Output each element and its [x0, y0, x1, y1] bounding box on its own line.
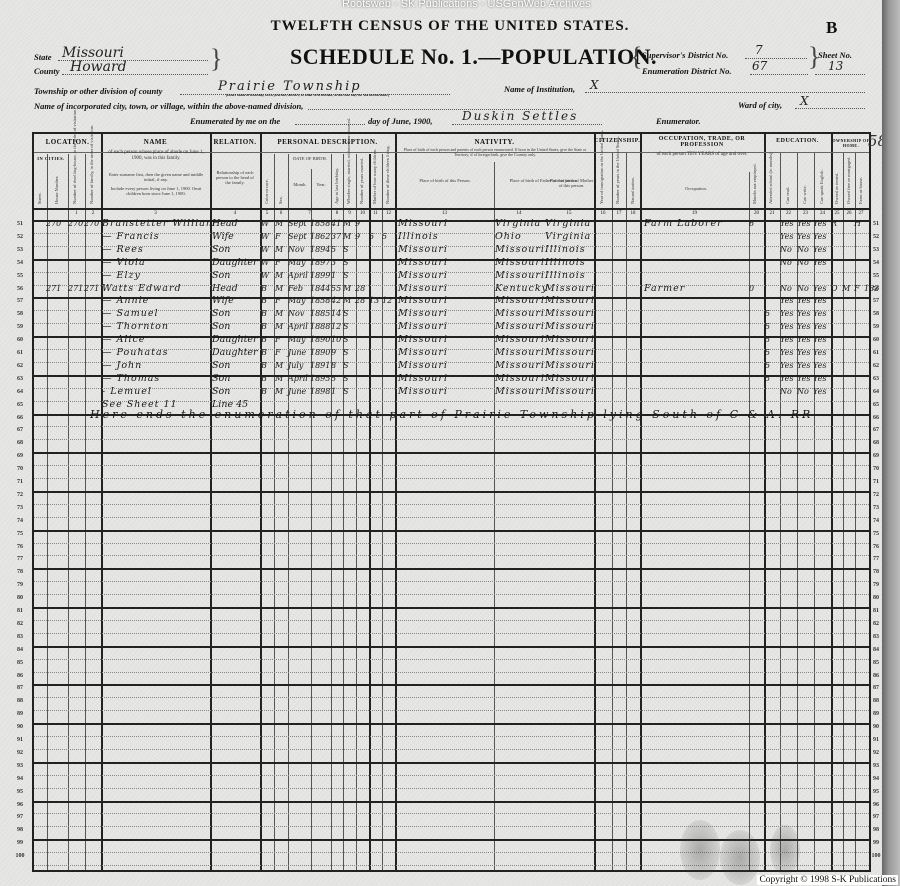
cell-birth-year: 1891: [310, 360, 330, 372]
cell-sex: M: [275, 321, 283, 333]
cell-age: 8: [331, 360, 336, 372]
cell-color: B: [261, 321, 267, 333]
english-label: Can speak English.: [819, 160, 824, 204]
line-number: 53: [12, 247, 28, 253]
cell-father-birthplace: Missouri: [495, 321, 545, 333]
cell-marital-status: S: [343, 321, 348, 333]
group-nativity: NATIVITY.: [395, 138, 594, 146]
line-number: 90: [12, 724, 28, 730]
cell-birth-year: 1885: [310, 308, 330, 320]
cell-birthplace: Missouri: [398, 218, 448, 230]
col-divider: [594, 134, 596, 870]
cell-can-read: Yes: [780, 347, 793, 359]
cell-mother-birthplace: Missouri: [545, 295, 595, 307]
line-number: 78: [12, 569, 28, 575]
cell-can-speak-english: Yes: [813, 257, 826, 269]
cell-marital-status: S: [343, 386, 348, 398]
cell-color: B: [261, 373, 267, 385]
column-number: 20: [749, 211, 764, 216]
cell-age: 14: [331, 308, 341, 320]
row-rule: [34, 646, 869, 648]
cell-sex: M: [275, 270, 283, 282]
cell-father-birthplace: Missouri: [495, 360, 545, 372]
line-number: 52: [12, 234, 28, 240]
cell-birth-year: 1858: [310, 295, 330, 307]
cell-can-write: Yes: [797, 334, 810, 346]
month-label: Month.: [290, 182, 310, 187]
row-rule: [34, 388, 869, 389]
enumeration-label: Enumeration District No.: [642, 66, 732, 76]
institution-line: [585, 92, 865, 93]
cell-birth-year: 1844: [310, 283, 330, 295]
col-divider: [764, 134, 766, 870]
cell-mother-birthplace: Missouri: [545, 283, 595, 295]
line-number: 82: [12, 621, 28, 627]
census-sheet: Rootsweb - SK Publications - USGenWeb Ar…: [0, 0, 882, 886]
line-number: 62: [12, 363, 28, 369]
township-label: Township or other division of county: [34, 86, 162, 96]
cell-father-birthplace: Missouri: [495, 295, 545, 307]
sheet-line: [815, 74, 865, 75]
owned-label: Owned or rented.: [834, 156, 839, 204]
cell-children-living: 5: [382, 231, 387, 243]
cell-father-birthplace: Missouri: [495, 270, 545, 282]
line-number: 93: [12, 763, 28, 769]
row-rule: [34, 813, 869, 814]
column-number: 14: [494, 211, 544, 216]
cell-age: 5: [331, 373, 336, 385]
cell-person-name: — Alice: [102, 334, 145, 346]
ward-label: Ward of city,: [738, 100, 782, 110]
cell-years-married: 9: [355, 218, 360, 230]
cell-mother-of: 5: [369, 231, 374, 243]
row-rule: [34, 762, 869, 764]
age-label: Age at last birthday.: [334, 156, 339, 204]
cell-birth-month: Sept: [288, 231, 307, 243]
column-number: 25: [831, 211, 843, 216]
column-number: 22: [780, 211, 797, 216]
column-number: 17: [612, 211, 626, 216]
cell-can-write: No: [797, 244, 809, 256]
cell-person-name: — Thornton: [102, 321, 169, 333]
cell-sex: F: [275, 295, 281, 307]
cell-birth-month: July: [288, 360, 303, 372]
cell-can-write: Yes: [797, 218, 810, 230]
cell-age: 42: [331, 295, 341, 307]
cell-can-speak-english: Yes: [813, 295, 826, 307]
cell-can-speak-english: Yes: [813, 373, 826, 385]
cell-years-married: 9: [355, 231, 360, 243]
row-rule: [34, 710, 869, 711]
line-number: 91: [12, 737, 28, 743]
cell-father-birthplace: Ohio: [495, 231, 522, 243]
column-number: 11: [369, 211, 382, 216]
dwelling-label: Number of dwelling-house, in the order o…: [72, 156, 77, 204]
cell-can-read: Yes: [780, 321, 793, 333]
cell-color: W: [261, 257, 269, 269]
line-number: 73: [12, 505, 28, 511]
column-number: 18: [626, 211, 640, 216]
cell-birth-year: 1890: [310, 347, 330, 359]
cell-sex: F: [275, 334, 281, 346]
row-rule: [34, 259, 869, 261]
line-number: 69: [12, 453, 28, 459]
cell-birth-year: 1897: [310, 257, 330, 269]
cell-birthplace: Missouri: [398, 321, 448, 333]
cell-mother-birthplace: Missouri: [545, 334, 595, 346]
row-rule: [34, 697, 869, 698]
column-number: 21: [764, 211, 780, 216]
cell-relation: Head: [212, 218, 238, 230]
occupation-col-label: Occupation.: [644, 186, 748, 191]
cell-sex: M: [275, 244, 283, 256]
column-number: 12: [382, 211, 395, 216]
cell-color: W: [261, 231, 269, 243]
enumeration-value: 67: [752, 59, 767, 73]
schedule-title: SCHEDULE No. 1.—POPULATION.: [290, 44, 657, 70]
name-sub2: Enter surname first, then the given name…: [106, 172, 206, 182]
line-number: 55: [12, 273, 28, 279]
cell-color: B: [261, 386, 267, 398]
column-number: 4: [210, 211, 260, 216]
cell-birth-year: 1890: [310, 334, 330, 346]
cell-relation: Son: [212, 360, 230, 372]
cell-relation: Son: [212, 244, 230, 256]
cell-family-number: 271: [84, 283, 99, 295]
cell-father-birthplace: Missouri: [495, 373, 545, 385]
year-label: Year.: [312, 182, 330, 187]
cell-mother-birthplace: Illinois: [545, 244, 586, 256]
line-number: 59: [12, 324, 28, 330]
row-rule: [34, 439, 869, 440]
watermark: Rootsweb - SK Publications - USGenWeb Ar…: [342, 0, 591, 10]
stain: [680, 820, 720, 880]
farm-label: Farm or house.: [858, 156, 863, 204]
cell-birthplace: Missouri: [398, 386, 448, 398]
county-value: Howard: [70, 59, 127, 75]
cell-can-write: No: [797, 283, 809, 295]
institution-value: X: [590, 78, 599, 92]
relation-sub: Relationship of each person to the head …: [214, 170, 256, 185]
line-number: 66: [12, 415, 28, 421]
row-rule: [34, 555, 869, 556]
line-number: 84: [12, 647, 28, 653]
cell-person-name: — Viola: [102, 257, 146, 269]
cell-can-speak-english: Yes: [813, 386, 826, 398]
line-number: 58: [12, 311, 28, 317]
cell-can-read: Yes: [780, 218, 793, 230]
nativity-sub: Place of birth of each person and parent…: [398, 147, 592, 157]
cell-birth-year: 1862: [310, 231, 330, 243]
line-number: 96: [12, 802, 28, 808]
line-number: 94: [12, 776, 28, 782]
cell-relation: Wife: [212, 295, 234, 307]
cell-can-speak-english: Yes: [813, 218, 826, 230]
cell-can-write: Yes: [797, 321, 810, 333]
row-rule: [34, 491, 869, 493]
cell-mother-of: 13: [369, 295, 379, 307]
cell-marital-status: M: [343, 231, 351, 243]
cell-marital-status: S: [343, 308, 348, 320]
cell-can-write: Yes: [797, 347, 810, 359]
cell-father-birthplace: Virginia: [495, 218, 541, 230]
cell-birthplace: Missouri: [398, 360, 448, 372]
census-title: TWELFTH CENSUS OF THE UNITED STATES.: [250, 18, 650, 35]
cell-father-birthplace: Missouri: [495, 244, 545, 256]
column-number: 1: [68, 211, 85, 216]
cell-school-months: 5: [765, 334, 770, 346]
family-label: Number of family, in the order of visita…: [89, 156, 94, 204]
cell-can-read: Yes: [780, 295, 793, 307]
cell-farm-schedule-number: 132: [864, 283, 879, 295]
cell-birth-month: May: [288, 334, 305, 346]
row-rule: [34, 672, 869, 673]
cell-can-read: No: [780, 244, 792, 256]
brace-right-open: {: [630, 42, 642, 72]
ward-value: X: [800, 94, 809, 108]
cell-house-number: 271: [46, 283, 61, 295]
row-rule: [34, 336, 869, 338]
line-number: 57: [12, 298, 28, 304]
cell-birth-year: 1888: [310, 321, 330, 333]
cell-birth-month: June: [288, 347, 306, 359]
group-name: NAME: [101, 138, 210, 146]
cell-birth-month: May: [288, 257, 305, 269]
column-number: 3: [101, 211, 210, 216]
cell-marital-status: S: [343, 257, 348, 269]
column-number: 7: [288, 211, 331, 216]
cell-birthplace: Missouri: [398, 244, 448, 256]
cell-house-number: 270: [46, 218, 61, 230]
cell-mother-birthplace: Illinois: [545, 270, 586, 282]
cell-color: B: [261, 360, 267, 372]
years-married-label: Number of years married.: [359, 156, 364, 204]
mortgage-label: Owned free or mortgaged.: [846, 156, 851, 204]
township-hint: [Insert name of township, town, precinct…: [226, 93, 389, 97]
cell-occupation: Farm Laborer: [644, 218, 723, 230]
cell-birth-month: Nov: [288, 244, 304, 256]
line-number: 88: [12, 698, 28, 704]
row-rule: [34, 594, 869, 595]
cell-person-name: - Lemuel: [102, 386, 152, 398]
cell-person-name: — John: [102, 360, 142, 372]
cell-can-speak-english: Yes: [813, 283, 826, 295]
cell-can-read: Yes: [780, 360, 793, 372]
cell-can-speak-english: Yes: [813, 231, 826, 243]
cell-age: 1: [331, 270, 336, 282]
line-number: 72: [12, 492, 28, 498]
scan-edge: [882, 0, 900, 886]
enumerated-day-line: [295, 124, 365, 125]
row-rule: [34, 297, 869, 299]
line-number: 100: [12, 853, 28, 859]
cell-relation: Son: [212, 373, 230, 385]
cell-can-read: No: [780, 386, 792, 398]
supervisor-value: 7: [755, 43, 763, 57]
cell-birth-month: Feb: [288, 283, 303, 295]
cell-months-unemployed: 0: [749, 283, 754, 295]
cell-family-number: 270: [84, 218, 99, 230]
cell-birth-year: 1858: [310, 218, 330, 230]
cell-age: 37: [331, 231, 341, 243]
street-label: Street.: [37, 174, 42, 204]
sheet-value: 13: [828, 59, 843, 73]
cell-marital-status: S: [343, 373, 348, 385]
cell-birth-month: Sept: [288, 218, 307, 230]
cell-father-birthplace: Missouri: [495, 347, 545, 359]
col-divider: [749, 172, 750, 870]
cell-sex: M: [275, 283, 283, 295]
cell-color: B: [261, 308, 267, 320]
cell-relation: Son: [212, 321, 230, 333]
column-number: 19: [640, 211, 749, 216]
cell-age: 9: [331, 347, 336, 359]
group-in-cities: IN CITIES.: [34, 156, 68, 161]
cell-marital-status: S: [343, 347, 348, 359]
enumerated-label: Enumerated by me on the: [190, 116, 280, 126]
cell-marital-status: M: [343, 295, 351, 307]
cell-color: B: [261, 347, 267, 359]
row-rule: [34, 659, 869, 660]
cell-person-name: Watts Edward: [102, 283, 182, 295]
cell-school-months: 5: [765, 321, 770, 333]
enumerator-label: Enumerator.: [656, 116, 701, 126]
cell-age: 1: [331, 386, 336, 398]
cell-person-name: Branstetter William: [102, 218, 216, 230]
occupation-sub: of each person TEN YEARS of age and over…: [646, 152, 758, 157]
line-number: 89: [12, 711, 28, 717]
cell-relation: Daughter: [212, 347, 258, 359]
cell-can-write: No: [797, 386, 809, 398]
row-rule: [34, 310, 869, 311]
enumerator-line: [452, 124, 602, 125]
cell-can-write: Yes: [797, 373, 810, 385]
row-rule: [34, 504, 869, 505]
cell-years-married: 28: [355, 295, 365, 307]
cell-months-unemployed: 6: [749, 218, 754, 230]
mother-of-label: Mother of how many children.: [372, 156, 377, 204]
cell-person-name: — Samuel: [102, 308, 158, 320]
cell-person-name: — Rees: [102, 244, 144, 256]
group-ownership: OWNERSHIP OF HOME.: [831, 138, 871, 148]
cell-age: 5: [331, 244, 336, 256]
row-rule: [34, 426, 869, 427]
marital-label: Whether single, married, widowed, or div…: [346, 156, 351, 204]
birth-mother-label: Place of birth of Mother of this person.: [549, 178, 594, 188]
cell-mother-birthplace: Illinois: [545, 257, 586, 269]
enumerated-day-label: day of June, 1900,: [368, 116, 432, 126]
line-number: 98: [12, 827, 28, 833]
cell-birthplace: Missouri: [398, 295, 448, 307]
cell-children-living: 12: [382, 295, 392, 307]
cell-father-birthplace: Missouri: [495, 257, 545, 269]
row-rule: [34, 517, 869, 518]
cell-person-name: — Francis: [102, 231, 160, 243]
line-number: 63: [12, 376, 28, 382]
naturalization-label: Naturalization.: [630, 156, 635, 204]
cell-sex: F: [275, 231, 281, 243]
header-rule: [34, 208, 869, 210]
column-number: 27: [855, 211, 867, 216]
line-number: 65: [12, 402, 28, 408]
line-number: 77: [12, 556, 28, 562]
cell-age: 3: [331, 257, 336, 269]
col-divider: [395, 134, 397, 870]
color-label: Color or race.: [264, 170, 269, 204]
cell-sex: M: [275, 308, 283, 320]
line-number: 67: [12, 427, 28, 433]
line-number: 71: [12, 479, 28, 485]
cell-color: W: [261, 270, 269, 282]
cell-marital-status: S: [343, 244, 348, 256]
cell-birthplace: Missouri: [398, 373, 448, 385]
row-rule: [34, 362, 869, 363]
sheet-letter: B: [826, 18, 837, 38]
school-label: Attended school (in months).: [768, 156, 773, 204]
cell-can-speak-english: Yes: [813, 244, 826, 256]
line-number: 61: [12, 350, 28, 356]
row-rule: [34, 749, 869, 750]
cell-can-read: Yes: [780, 231, 793, 243]
cell-age: 55: [331, 283, 341, 295]
cell-father-birthplace: Missouri: [495, 308, 545, 320]
cell-can-write: Yes: [797, 295, 810, 307]
group-relation: RELATION.: [210, 138, 260, 146]
cell-relation: Daughter: [212, 334, 258, 346]
cell-age: 10: [331, 334, 341, 346]
column-number: 26: [843, 211, 855, 216]
cell-relation: Wife: [212, 231, 234, 243]
supervisor-label: Supervisor's District No.: [642, 50, 728, 60]
cell-marital-status: M: [343, 218, 351, 230]
cell-birth-month: May: [288, 295, 305, 307]
cell-birthplace: Illinois: [398, 231, 439, 243]
line-number: 80: [12, 595, 28, 601]
cell-color: W: [261, 244, 269, 256]
enumeration-line: [750, 74, 808, 75]
state-label: State: [34, 52, 51, 62]
cell-can-read: Yes: [780, 373, 793, 385]
children-living-label: Number of these children living.: [385, 156, 390, 204]
row-rule: [34, 684, 869, 686]
group-personal-description: PERSONAL DESCRIPTION.: [260, 138, 395, 146]
cell-can-speak-english: Yes: [813, 321, 826, 333]
cell-birth-year: 1894: [310, 244, 330, 256]
cell-birthplace: Missouri: [398, 347, 448, 359]
line-number: 86: [12, 673, 28, 679]
col-divider: [831, 134, 833, 870]
line-number: 87: [12, 685, 28, 691]
cell-dwelling-number: 271: [68, 283, 83, 295]
cell-school-months: 5: [765, 373, 770, 385]
row-rule: [34, 568, 869, 570]
cell-birth-month: April: [288, 270, 308, 282]
closing-note: Here ends the enumeration of that part o…: [90, 408, 813, 421]
read-label: Can read.: [785, 174, 790, 204]
line-number: 97: [12, 814, 28, 820]
column-number: 13: [395, 211, 494, 216]
cell-color: B: [261, 283, 267, 295]
enumerator-value: Duskin Settles: [462, 109, 578, 123]
cell-sex: M: [275, 386, 283, 398]
line-number: 64: [12, 389, 28, 395]
column-number: 8: [331, 211, 343, 216]
cell-birthplace: Missouri: [398, 257, 448, 269]
cell-person-name: — Thomas: [102, 373, 160, 385]
line-number: 83: [12, 634, 28, 640]
group-education: EDUCATION.: [764, 138, 831, 144]
house-number-label: House Number.: [54, 170, 59, 204]
